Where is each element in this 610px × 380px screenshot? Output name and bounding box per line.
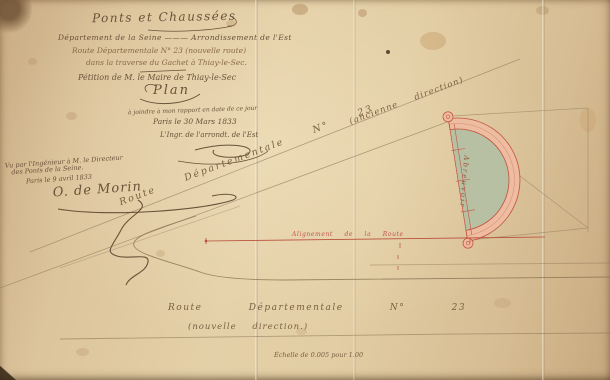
header-department-line: Département de la Seine ——— Arrondisseme… [58,34,292,43]
alignment-label: Alignement de la Route [292,232,404,239]
scanned-plan-document: Ponts et Chaussées Département de la Sei… [0,0,610,380]
new-road-label: Route Départementale N° 23 [168,303,466,313]
reservoir-drawing [442,102,530,249]
engineer-line: L'Ingr. de l'arrondt. de l'Est [160,131,258,139]
plan-title: Plan [153,84,190,99]
header-service-title: Ponts et Chaussées [92,10,237,26]
header-traverse-line: dans la traverse du Gachet à Thiay-le-Se… [86,59,247,68]
date-line: Paris le 30 Mars 1833 [153,118,237,127]
scale-note: Échelle de 0.005 pour 1.00 [274,352,363,359]
new-road-label-row: Route Départementale N° 23 (nouvelle dir… [168,295,610,333]
header-petition-line: Pétition de M. le Maire de Thiay-le-Sec [78,73,236,82]
header-road-line: Route Départementale N° 23 (nouvelle rou… [72,47,246,56]
new-road-direction-label: (nouvelle direction.) [188,322,308,332]
